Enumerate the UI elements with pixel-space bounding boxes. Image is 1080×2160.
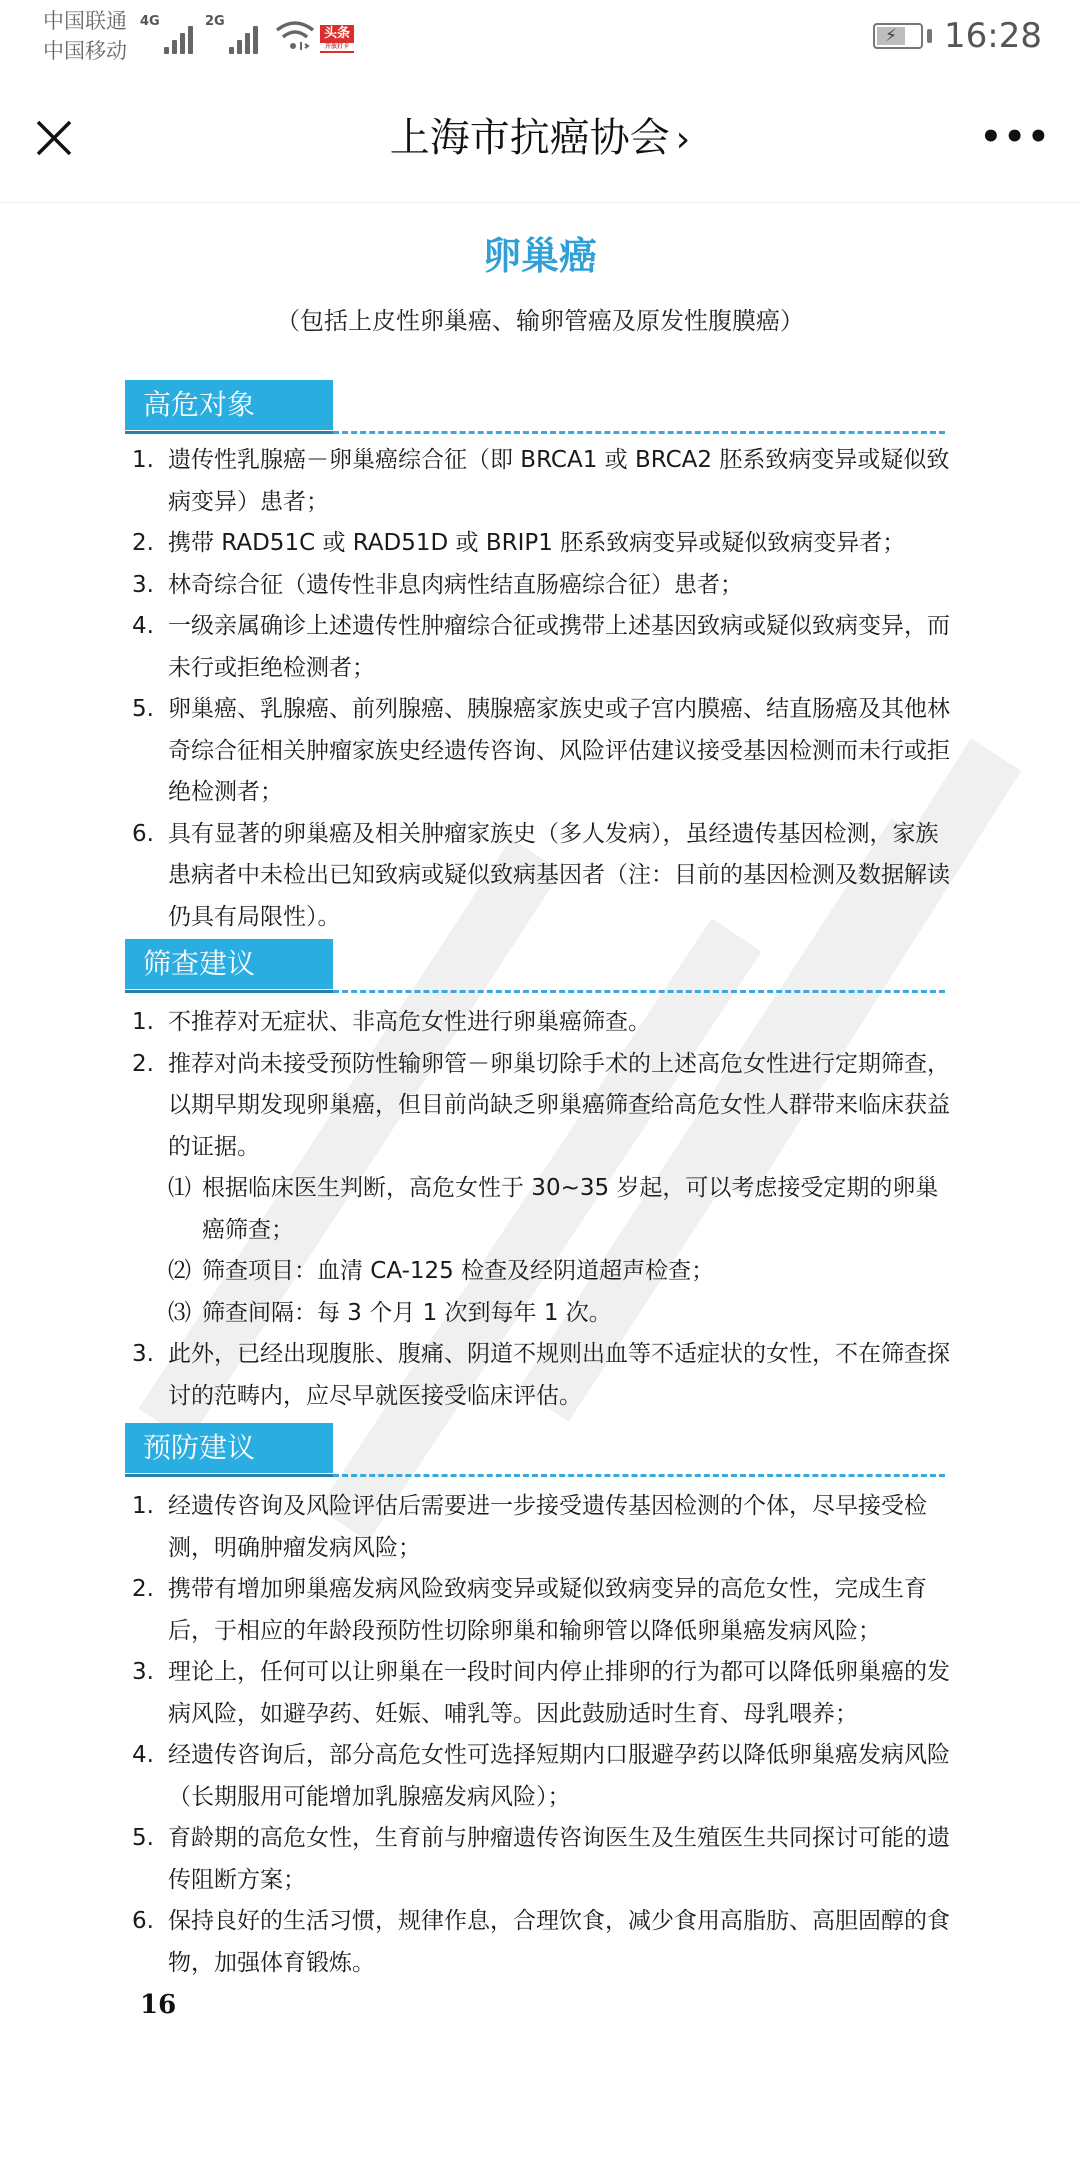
document-title: 卵巢癌 [0, 225, 1080, 280]
sub-list-item: ⑴根据临床医生判断，高危女性于 30~35 岁起，可以考虑接受定期的卵巢癌筛查； [132, 1168, 952, 1251]
sub-list-item: ⑵筛查项目：血清 CA-125 检查及经阴道超声检查； [132, 1251, 952, 1293]
account-name: 上海市抗癌协会 [390, 115, 670, 161]
list-item: 6.保持良好的生活习惯，规律作息，合理饮食，减少食用高脂肪、高胆固醇的食物，加强… [132, 1901, 952, 1984]
carrier-2: 中国移动 [43, 36, 127, 66]
toutiao-app-icon: 头条 开放打卡 [320, 25, 354, 53]
list-item: 1.不推荐对无症状、非高危女性进行卵巢癌筛查。 [132, 1002, 952, 1044]
battery-icon: ⚡ [873, 23, 923, 49]
battery-tip [927, 29, 932, 43]
list-item: 2.携带 RAD51C 或 RAD51D 或 BRIP1 胚系致病变异或疑似致病… [132, 523, 952, 565]
list-item: 6.具有显著的卵巢癌及相关肿瘤家族史（多人发病），虽经遗传基因检测，家族患病者中… [132, 814, 952, 939]
more-icon[interactable]: ••• [980, 122, 1051, 152]
list-item: 3.林奇综合征（遗传性非息肉病性结直肠癌综合征）患者； [132, 565, 952, 607]
section-heading-high-risk: 高危对象 [125, 380, 945, 434]
nav-bar: 上海市抗癌协会› ••• [0, 72, 1080, 203]
list-item: 5.卵巢癌、乳腺癌、前列腺癌、胰腺癌家族史或子宫内膜癌、结直肠癌及其他林奇综合征… [132, 689, 952, 814]
list-item: 3.理论上，任何可以让卵巢在一段时间内停止排卵的行为都可以降低卵巢癌的发病风险，… [132, 1652, 952, 1735]
list-item: 5.育龄期的高危女性，生育前与肿瘤遗传咨询医生及生殖医生共同探讨可能的遗传阻断方… [132, 1818, 952, 1901]
section-heading-screening: 筛查建议 [125, 939, 945, 993]
list-item: 2.携带有增加卵巢癌发病风险致病变异或疑似致病变异的高危女性，完成生育后，于相应… [132, 1569, 952, 1652]
list-item: 1.经遗传咨询及风险评估后需要进一步接受遗传基因检测的个体，尽早接受检测，明确肿… [132, 1486, 952, 1569]
status-bar: 中国联通 中国移动 4G 2G 头条 开放打卡 ⚡ 16:28 [0, 0, 1080, 72]
high-risk-list: 1.遗传性乳腺癌－卵巢癌综合征（即 BRCA1 或 BRCA2 胚系致病变异或疑… [132, 440, 952, 938]
list-item: 4.一级亲属确诊上述遗传性肿瘤综合征或携带上述基因致病或疑似致病变异，而未行或拒… [132, 606, 952, 689]
screening-list: 1.不推荐对无症状、非高危女性进行卵巢癌筛查。 2.推荐对尚未接受预防性输卵管－… [132, 1002, 952, 1417]
list-item: 4.经遗传咨询后，部分高危女性可选择短期内口服避孕药以降低卵巢癌发病风险（长期服… [132, 1735, 952, 1818]
prevention-list: 1.经遗传咨询及风险评估后需要进一步接受遗传基因检测的个体，尽早接受检测，明确肿… [132, 1486, 952, 1984]
wifi-icon [275, 18, 315, 52]
list-item: 1.遗传性乳腺癌－卵巢癌综合征（即 BRCA1 或 BRCA2 胚系致病变异或疑… [132, 440, 952, 523]
sub-list-item: ⑶筛查间隔：每 3 个月 1 次到每年 1 次。 [132, 1293, 952, 1335]
page-number: 16 [140, 1990, 176, 2020]
nav-title-link[interactable]: 上海市抗癌协会› [0, 110, 1080, 168]
clock: 16:28 [944, 14, 1042, 58]
list-item: 2.推荐对尚未接受预防性输卵管－卵巢切除手术的上述高危女性进行定期筛查，以期早期… [132, 1044, 952, 1169]
carrier-1: 中国联通 [43, 6, 127, 36]
charging-bolt-icon: ⚡ [885, 26, 897, 46]
section-heading-prevention: 预防建议 [125, 1423, 945, 1477]
list-item: 3.此外，已经出现腹胀、腹痛、阴道不规则出血等不适症状的女性，不在筛查探讨的范畴… [132, 1334, 952, 1417]
chevron-right-icon: › [676, 119, 690, 160]
carrier-labels: 中国联通 中国移动 [43, 6, 127, 66]
document-subtitle: （包括上皮性卵巢癌、输卵管癌及原发性腹膜癌） [0, 301, 1080, 336]
